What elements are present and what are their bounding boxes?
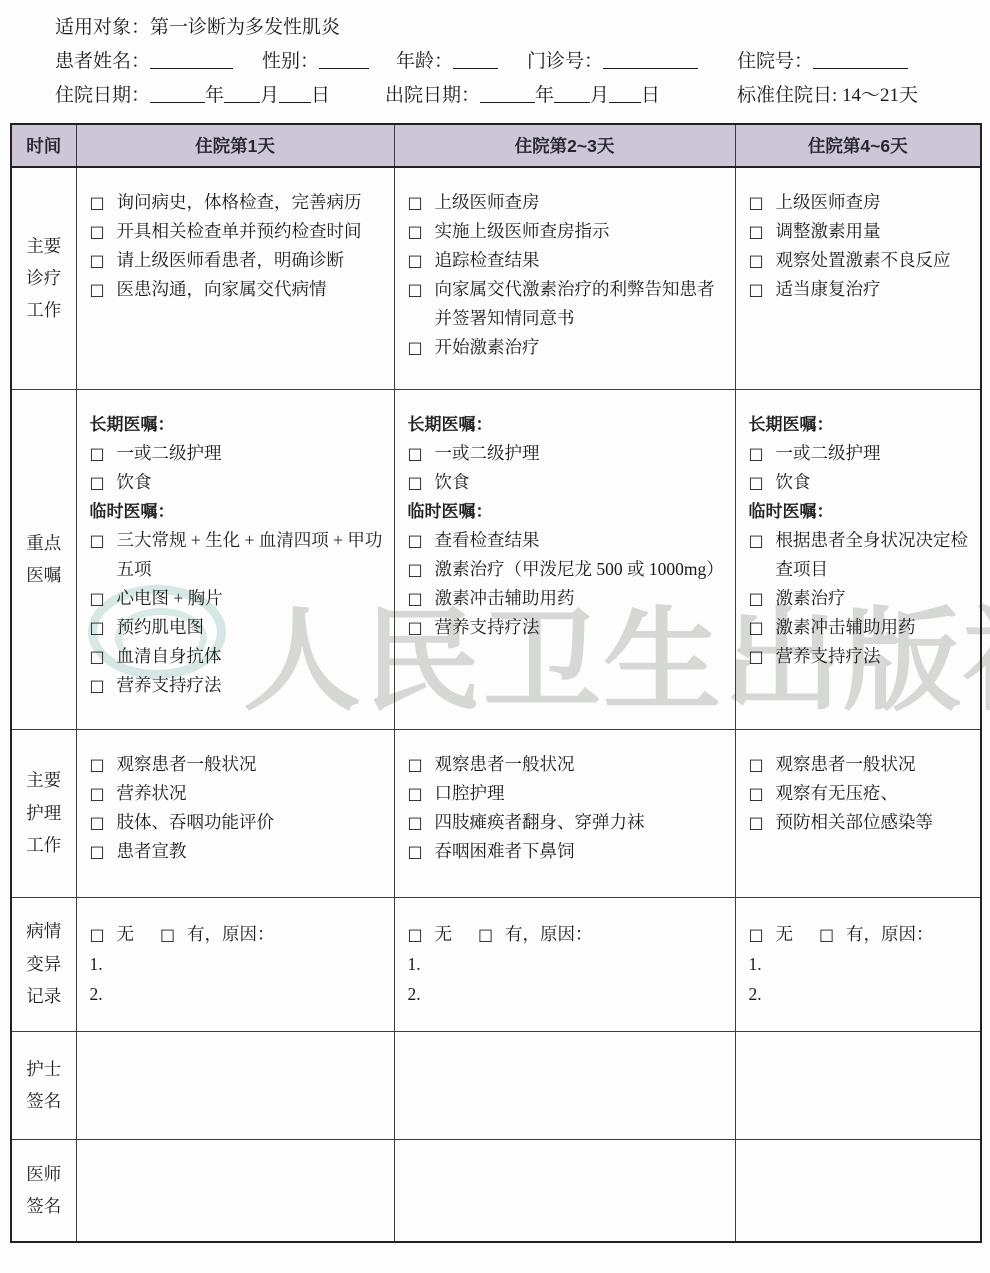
inpatient-no-field: 住院号： [737,46,908,73]
document-header: 适用对象：第一诊断为多发性肌炎 患者姓名： 性别： 年龄： 门诊号： 住院号： … [0,0,990,120]
row-label-line: 变异 [12,948,76,980]
reason-line: 2. [90,979,384,1009]
checkbox[interactable]: □ [408,920,427,949]
checkbox[interactable]: □ [408,779,427,808]
checkbox-item: □营养支持疗法 [90,671,384,700]
age-field: 年龄： [396,46,498,73]
checkbox[interactable]: □ [90,837,109,866]
discharge-month-blank[interactable] [554,83,590,103]
checkbox-item: □一或二级护理 [90,439,384,468]
cell-diagnosis-work-col1: □询问病史，体格检查，完善病历□开具相关检查单并预约检查时间□请上级医师看患者，… [76,167,394,389]
row-label-line: 医嘱 [12,559,76,591]
row-label-diagnosis-work: 主要诊疗工作 [11,167,76,389]
checkbox-label: 预防相关部位感染等 [776,812,934,832]
row-label-variation-record: 病情变异记录 [11,897,76,1031]
checkbox-item: □观察有无压疮、 [749,779,971,808]
checkbox[interactable]: □ [749,808,768,837]
checkbox-label: 一或二级护理 [776,443,881,463]
checkbox-item: □激素冲击辅助用药 [749,613,971,642]
checkbox-label: 一或二级护理 [117,443,222,463]
checkbox[interactable]: □ [749,526,768,555]
checkbox-item: □医患沟通，向家属交代病情 [90,275,384,304]
gender-label: 性别： [262,51,319,72]
admission-month-blank[interactable] [224,83,260,103]
checkbox-item: □肢体、吞咽功能评价 [90,808,384,837]
inpatient-no-label: 住院号： [737,51,813,72]
discharge-day-blank[interactable] [609,83,641,103]
checkbox-item: □观察处置激素不良反应 [749,246,971,275]
checkbox-label: 观察患者一般状况 [776,754,916,774]
checkbox-label: 观察有无压疮、 [776,783,899,803]
cell-variation-record-col1: □无□有，原因：1.2. [76,897,394,1031]
checkbox-label: 无 [435,924,453,944]
day-label: 日 [311,85,330,106]
checkbox-label: 三大常规 + 生化 + 血清四项 + 甲功五项 [117,530,383,579]
variation-checkbox-line: □无□有，原因： [90,920,384,949]
checkbox-label: 营养支持疗法 [435,617,540,637]
clinical-pathway-table: 时间 住院第1天 住院第2~3天 住院第4~6天 主要诊疗工作□询问病史，体格检… [10,123,982,1243]
patient-name-field: 患者姓名： [55,46,233,73]
cell-diagnosis-work-col2: □上级医师查房□实施上级医师查房指示□追踪检查结果□向家属交代激素治疗的利弊告知… [394,167,735,389]
row-label-line: 病情 [12,915,76,947]
table-row-diagnosis-work: 主要诊疗工作□询问病史，体格检查，完善病历□开具相关检查单并预约检查时间□请上级… [11,167,981,389]
admission-date-label: 住院日期： [55,85,150,106]
checkbox-label: 向家属交代激素治疗的利弊告知患者并签署知情同意书 [435,279,715,328]
checkbox[interactable]: □ [749,779,768,808]
checkbox-item: □激素冲击辅助用药 [408,584,725,613]
checkbox-item: □三大常规 + 生化 + 血清四项 + 甲功五项 [90,526,384,584]
checkbox-label: 肢体、吞咽功能评价 [117,812,275,832]
row-label-line: 工作 [12,294,76,326]
discharge-date-field: 出院日期：年月日 [385,80,660,107]
reason-line: 1. [90,949,384,979]
row-label-line: 医师 [12,1158,76,1190]
checkbox-label: 饮食 [776,472,811,492]
checkbox[interactable]: □ [749,275,768,304]
cell-diagnosis-work-col3: □上级医师查房□调整激素用量□观察处置激素不良反应□适当康复治疗 [735,167,981,389]
checkbox[interactable]: □ [160,920,179,949]
checkbox-label: 营养支持疗法 [117,675,222,695]
patient-name-blank[interactable] [150,49,233,69]
checkbox[interactable]: □ [408,188,427,217]
cell-nursing-work-col1: □观察患者一般状况□营养状况□肢体、吞咽功能评价□患者宣教 [76,729,394,897]
checkbox[interactable]: □ [90,642,109,671]
checkbox[interactable]: □ [478,920,497,949]
inpatient-no-blank[interactable] [813,49,908,69]
checkbox-item: □饮食 [749,468,971,497]
checkbox-item: □询问病史，体格检查，完善病历 [90,188,384,217]
checkbox[interactable]: □ [749,613,768,642]
row-label-line: 诊疗 [12,262,76,294]
checkbox[interactable]: □ [749,584,768,613]
checkbox-label: 激素冲击辅助用药 [435,588,575,608]
order-heading: 临时医嘱： [749,497,971,526]
checkbox[interactable]: □ [408,526,427,555]
checkbox[interactable]: □ [90,188,109,217]
cell-key-orders-col3: 长期医嘱：□一或二级护理□饮食临时医嘱：□根据患者全身状况决定检查项目□激素治疗… [735,389,981,729]
checkbox-label: 实施上级医师查房指示 [435,221,610,241]
cell-nurse-signature-col3[interactable] [735,1031,981,1139]
checkbox[interactable]: □ [90,275,109,304]
checkbox[interactable]: □ [408,555,427,584]
order-heading: 临时医嘱： [90,497,384,526]
checkbox[interactable]: □ [90,526,109,555]
checkbox-item: □激素治疗（甲泼尼龙 500 或 1000mg） [408,555,725,584]
outpatient-no-blank[interactable] [603,49,698,69]
checkbox[interactable]: □ [749,246,768,275]
row-label-nursing-work: 主要护理工作 [11,729,76,897]
col-header-day2-3: 住院第2~3天 [394,124,735,167]
checkbox-label: 适当康复治疗 [776,279,881,299]
cell-doctor-signature-col2[interactable] [394,1139,735,1242]
outpatient-no-label: 门诊号： [527,51,603,72]
reason-line: 1. [408,949,725,979]
discharge-date-label: 出院日期： [385,85,480,106]
checkbox-item: □营养状况 [90,779,384,808]
checkbox[interactable]: □ [408,750,427,779]
reason-line: 1. [749,949,971,979]
year-label: 年 [205,85,224,106]
target-population-line: 适用对象：第一诊断为多发性肌炎 [55,12,340,39]
checkbox-label: 观察患者一般状况 [435,754,575,774]
checkbox[interactable]: □ [90,468,109,497]
checkbox-label: 四肢瘫痪者翻身、穿弹力袜 [435,812,645,832]
row-label-line: 主要 [12,230,76,262]
checkbox-item: □预防相关部位感染等 [749,808,971,837]
checkbox-item: □血清自身抗体 [90,642,384,671]
row-label-line: 主要 [12,764,76,796]
checkbox-item: □饮食 [90,468,384,497]
checkbox[interactable]: □ [408,246,427,275]
order-heading: 长期医嘱： [90,410,384,439]
checkbox[interactable]: □ [90,613,109,642]
checkbox[interactable]: □ [408,613,427,642]
cell-key-orders-col1: 长期医嘱：□一或二级护理□饮食临时医嘱：□三大常规 + 生化 + 血清四项 + … [76,389,394,729]
checkbox-label: 医患沟通，向家属交代病情 [117,279,327,299]
checkbox[interactable]: □ [749,750,768,779]
checkbox[interactable]: □ [408,439,427,468]
checkbox-item: □预约肌电图 [90,613,384,642]
checkbox-label: 患者宣教 [117,841,187,861]
row-label-key-orders: 重点医嘱 [11,389,76,729]
checkbox-item: □适当康复治疗 [749,275,971,304]
checkbox-item: □观察患者一般状况 [749,750,971,779]
checkbox-label: 吞咽困难者下鼻饲 [435,841,575,861]
table-row-variation-record: 病情变异记录□无□有，原因：1.2.□无□有，原因：1.2.□无□有，原因：1.… [11,897,981,1031]
checkbox-label: 激素冲击辅助用药 [776,617,916,637]
checkbox[interactable]: □ [408,275,427,304]
checkbox[interactable]: □ [749,188,768,217]
checkbox-label: 追踪检查结果 [435,250,540,270]
variation-checkbox-line: □无□有，原因： [749,920,971,949]
checkbox-item: □向家属交代激素治疗的利弊告知患者并签署知情同意书 [408,275,725,333]
row-label-line: 签名 [12,1190,76,1222]
checkbox[interactable]: □ [408,584,427,613]
checkbox-label: 营养状况 [117,783,187,803]
row-label-line: 工作 [12,829,76,861]
checkbox-label: 调整激素用量 [776,221,881,241]
checkbox[interactable]: □ [408,468,427,497]
checkbox-label: 激素治疗（甲泼尼龙 500 或 1000mg） [435,559,724,579]
month-label: 月 [260,85,279,106]
checkbox[interactable]: □ [408,333,427,362]
col-header-day1: 住院第1天 [76,124,394,167]
checkbox-label: 观察患者一般状况 [117,754,257,774]
checkbox[interactable]: □ [749,217,768,246]
admission-date-field: 住院日期：年月日 [55,80,330,107]
cell-variation-record-col3: □无□有，原因：1.2. [735,897,981,1031]
table-row-key-orders: 重点医嘱长期医嘱：□一或二级护理□饮食临时医嘱：□三大常规 + 生化 + 血清四… [11,389,981,729]
checkbox-label: 有，原因： [846,924,934,944]
row-label-doctor-signature: 医师签名 [11,1139,76,1242]
variation-checkbox-line: □无□有，原因： [408,920,725,949]
checkbox-item: □请上级医师看患者，明确诊断 [90,246,384,275]
checkbox-label: 有，原因： [505,924,593,944]
discharge-year-blank[interactable] [480,83,535,103]
checkbox-item: □营养支持疗法 [749,642,971,671]
row-label-line: 签名 [12,1085,76,1117]
checkbox[interactable]: □ [749,439,768,468]
checkbox-item: □上级医师查房 [408,188,725,217]
checkbox-label: 询问病史，体格检查，完善病历 [117,192,362,212]
cell-doctor-signature-col3[interactable] [735,1139,981,1242]
checkbox[interactable]: □ [90,779,109,808]
checkbox-label: 心电图 + 胸片 [117,588,223,608]
order-heading: 长期医嘱： [408,410,725,439]
checkbox-item: □调整激素用量 [749,217,971,246]
row-label-line: 护理 [12,797,76,829]
checkbox-label: 口腔护理 [435,783,505,803]
table-row-doctor-signature: 医师签名 [11,1139,981,1242]
col-header-day4-6: 住院第4~6天 [735,124,981,167]
checkbox-label: 上级医师查房 [435,192,540,212]
checkbox[interactable]: □ [408,808,427,837]
checkbox-label: 请上级医师看患者，明确诊断 [117,250,345,270]
month-label: 月 [590,85,609,106]
checkbox[interactable]: □ [90,750,109,779]
checkbox[interactable]: □ [90,217,109,246]
checkbox-item: □一或二级护理 [408,439,725,468]
row-label-line: 护士 [12,1053,76,1085]
row-label-line: 重点 [12,527,76,559]
checkbox-item: □四肢瘫痪者翻身、穿弹力袜 [408,808,725,837]
cell-doctor-signature-col1[interactable] [76,1139,394,1242]
checkbox-item: □激素治疗 [749,584,971,613]
checkbox-label: 上级医师查房 [776,192,881,212]
checkbox-item: □一或二级护理 [749,439,971,468]
checkbox-label: 一或二级护理 [435,443,540,463]
checkbox-label: 无 [776,924,794,944]
order-heading: 长期医嘱： [749,410,971,439]
checkbox-item: □观察患者一般状况 [90,750,384,779]
checkbox-label: 营养支持疗法 [776,646,881,666]
checkbox-label: 无 [117,924,135,944]
checkbox[interactable]: □ [90,920,109,949]
col-header-time: 时间 [11,124,76,167]
day-label: 日 [641,85,660,106]
cell-nurse-signature-col2[interactable] [394,1031,735,1139]
cell-nurse-signature-col1[interactable] [76,1031,394,1139]
checkbox-label: 饮食 [435,472,470,492]
checkbox-label: 血清自身抗体 [117,646,222,666]
checkbox[interactable]: □ [90,439,109,468]
checkbox-item: □营养支持疗法 [408,613,725,642]
checkbox[interactable]: □ [408,217,427,246]
checkbox-label: 开具相关检查单并预约检查时间 [117,221,362,241]
cell-nursing-work-col2: □观察患者一般状况□口腔护理□四肢瘫痪者翻身、穿弹力袜□吞咽困难者下鼻饲 [394,729,735,897]
checkbox-item: □开具相关检查单并预约检查时间 [90,217,384,246]
outpatient-no-field: 门诊号： [527,46,698,73]
checkbox-label: 开始激素治疗 [435,337,540,357]
checkbox-item: □开始激素治疗 [408,333,725,362]
checkbox-item: □根据患者全身状况决定检查项目 [749,526,971,584]
checkbox[interactable]: □ [90,584,109,613]
gender-field: 性别： [262,46,369,73]
checkbox-item: □患者宣教 [90,837,384,866]
checkbox-label: 观察处置激素不良反应 [776,250,951,270]
table-body: 主要诊疗工作□询问病史，体格检查，完善病历□开具相关检查单并预约检查时间□请上级… [11,167,981,1242]
cell-variation-record-col2: □无□有，原因：1.2. [394,897,735,1031]
patient-name-label: 患者姓名： [55,51,150,72]
checkbox-item: □饮食 [408,468,725,497]
checkbox[interactable]: □ [749,468,768,497]
table-row-nurse-signature: 护士签名 [11,1031,981,1139]
checkbox-item: □查看检查结果 [408,526,725,555]
reason-line: 2. [408,979,725,1009]
checkbox-item: □观察患者一般状况 [408,750,725,779]
checkbox-label: 激素治疗 [776,588,846,608]
gender-blank[interactable] [319,49,369,69]
checkbox[interactable]: □ [90,808,109,837]
cell-nursing-work-col3: □观察患者一般状况□观察有无压疮、□预防相关部位感染等 [735,729,981,897]
checkbox-item: □吞咽困难者下鼻饲 [408,837,725,866]
table-row-nursing-work: 主要护理工作□观察患者一般状况□营养状况□肢体、吞咽功能评价□患者宣教□观察患者… [11,729,981,897]
admission-day-blank[interactable] [279,83,311,103]
checkbox-label: 根据患者全身状况决定检查项目 [776,530,969,579]
checkbox-label: 饮食 [117,472,152,492]
checkbox-item: □上级医师查房 [749,188,971,217]
order-heading: 临时医嘱： [408,497,725,526]
reason-line: 2. [749,979,971,1009]
year-label: 年 [535,85,554,106]
checkbox[interactable]: □ [90,671,109,700]
checkbox[interactable]: □ [408,837,427,866]
cell-key-orders-col2: 长期医嘱：□一或二级护理□饮食临时医嘱：□查看检查结果□激素治疗（甲泼尼龙 50… [394,389,735,729]
checkbox-item: □实施上级医师查房指示 [408,217,725,246]
row-label-line: 记录 [12,980,76,1012]
age-label: 年龄： [396,51,453,72]
admission-year-blank[interactable] [150,83,205,103]
standard-stay-field: 标准住院日: 14～21天 [737,80,918,107]
checkbox-item: □口腔护理 [408,779,725,808]
checkbox-label: 预约肌电图 [117,617,205,637]
table-header-row: 时间 住院第1天 住院第2~3天 住院第4~6天 [11,124,981,167]
checkbox[interactable]: □ [749,920,768,949]
checkbox[interactable]: □ [749,642,768,671]
checkbox[interactable]: □ [90,246,109,275]
checkbox-item: □心电图 + 胸片 [90,584,384,613]
checkbox-label: 有，原因： [187,924,275,944]
checkbox-label: 查看检查结果 [435,530,540,550]
age-blank[interactable] [453,49,498,69]
checkbox-item: □追踪检查结果 [408,246,725,275]
row-label-nurse-signature: 护士签名 [11,1031,76,1139]
checkbox[interactable]: □ [819,920,838,949]
